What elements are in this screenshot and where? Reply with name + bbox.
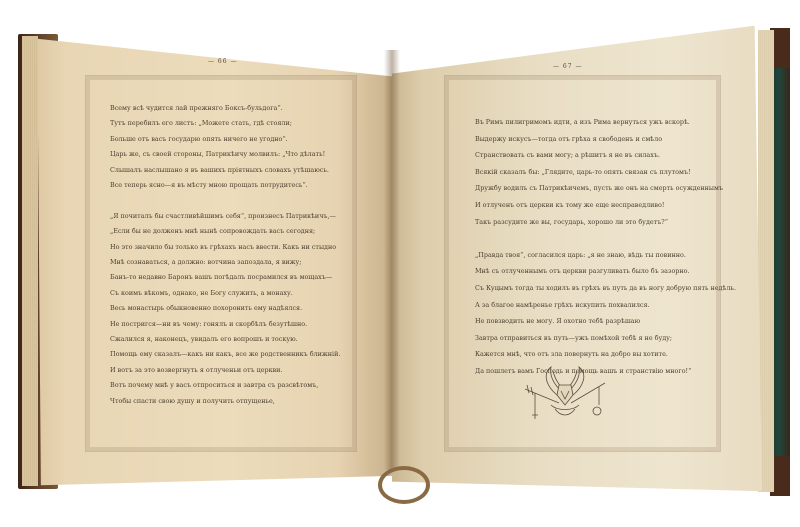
verse-line: „Я почиталъ бы счастливѣйшимъ себя“, про… bbox=[110, 209, 360, 224]
right-page-text: Въ Римъ пилигримомъ идти, а изъ Рима вер… bbox=[475, 114, 725, 380]
page-edges-left bbox=[22, 36, 38, 486]
verse-line: Такъ разсудите же вы, государь, хорошо л… bbox=[475, 214, 725, 231]
book-gutter bbox=[384, 50, 400, 470]
ribbon-bookmark bbox=[378, 466, 430, 504]
verse-line: „Правда твоя“, согласился царь: „я не зн… bbox=[475, 247, 725, 264]
verse-line: Выдержу искусъ—тогда отъ грѣха я свободе… bbox=[475, 131, 725, 148]
verse-line: Помощь ему сказалъ—какъ ни какъ, все же … bbox=[110, 347, 360, 362]
verse-line: Всему всѣ чудится лай прежняго Боксъ-бул… bbox=[110, 101, 360, 116]
right-page-number: — 67 — bbox=[553, 63, 582, 70]
verse-line: Больше отъ васъ государю опять ничего не… bbox=[110, 132, 360, 147]
verse-line: Съ коимъ вѣкомъ, однако, не Богу служить… bbox=[110, 286, 360, 301]
verse-line: И отлученъ отъ церкви къ тому же еще нес… bbox=[475, 197, 725, 214]
verse-line: Сжалился я, наконецъ, увидалъ его вопрош… bbox=[110, 332, 360, 347]
verse-line: Съ Куцымъ тогда ты ходилъ въ грѣхъ въ пу… bbox=[475, 280, 725, 297]
open-book: — 66 — — 67 — Всему всѣ чудится лай преж… bbox=[0, 0, 800, 527]
verse-line: Все теперь ясно—я въ мѣсту мною прощать … bbox=[110, 178, 360, 193]
verse-line: Мнѣ сознаваться, а должно: вотчина запоз… bbox=[110, 255, 360, 270]
verse-line: Весь монастырь обыкновенно похоронить ем… bbox=[110, 301, 360, 316]
verse-line: Чтобы спасти свою душу и получить отпуще… bbox=[110, 394, 360, 409]
verse-line: Не повзводить не могу. Я охотно тебѣ раз… bbox=[475, 313, 725, 330]
verse-line: Но это значило бы только въ грѣхахъ насъ… bbox=[110, 240, 360, 255]
ornament-vignette-icon bbox=[515, 365, 615, 425]
verse-line: Дружбу водилъ съ Патрикѣичемъ, пусть же … bbox=[475, 180, 725, 197]
verse-line: Завтра отправиться въ путь—ужъ помѣхой т… bbox=[475, 330, 725, 347]
left-page-number: — 66 — bbox=[208, 58, 237, 65]
verse-line: Странствовать съ вами могу; а рѣшитъ я н… bbox=[475, 147, 725, 164]
verse-line: Кажется мнѣ, что отъ зла повернуть на до… bbox=[475, 346, 725, 363]
verse-line: „Если бы не долженъ мнѣ нынѣ сопровождат… bbox=[110, 224, 360, 239]
verse-line: Тутъ перебилъ его листъ: „Можете стать, … bbox=[110, 116, 360, 131]
verse-line: Мнѣ съ отлученнымъ отъ церкви разгуливат… bbox=[475, 263, 725, 280]
verse-line: И вотъ за это возвергнуть я отлученьи от… bbox=[110, 363, 360, 378]
verse-line: А за благое намѣренье грѣхъ искупить пох… bbox=[475, 297, 725, 314]
verse-line: Въ Римъ пилигримомъ идти, а изъ Рима вер… bbox=[475, 114, 725, 131]
verse-line: Царь же, съ своей стороны, Патрикѣичу мо… bbox=[110, 147, 360, 162]
stanza-break bbox=[110, 193, 360, 208]
verse-line: Слышалъ наслышано я въ вашихъ пріятныхъ … bbox=[110, 163, 360, 178]
stanza-break bbox=[475, 230, 725, 247]
left-page-text: Всему всѣ чудится лай прежняго Боксъ-бул… bbox=[110, 101, 360, 409]
verse-line: Вотъ почему мнѣ у васъ отпроситься и зав… bbox=[110, 378, 360, 393]
verse-line: Всякій сказалъ бы: „Глядите, царь-то опя… bbox=[475, 164, 725, 181]
verse-line: Банъ-то недавно Баронъ вашъ погѣдалъ пос… bbox=[110, 270, 360, 285]
verse-line: Не постригся—ни въ чему: гонялъ и скорбѣ… bbox=[110, 317, 360, 332]
